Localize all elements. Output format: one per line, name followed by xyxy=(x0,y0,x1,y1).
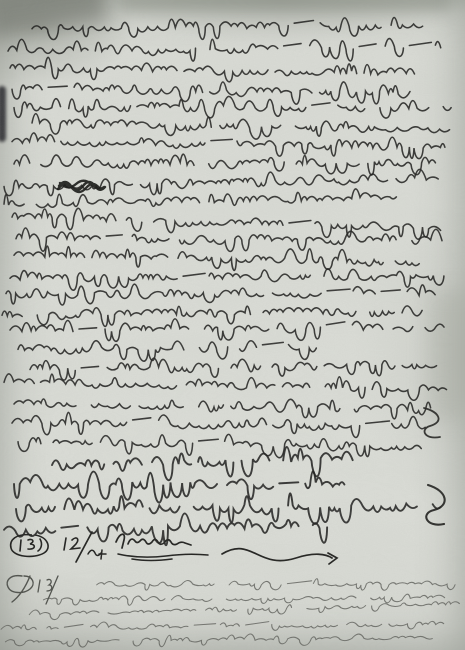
left-edge-ink-streak xyxy=(0,86,6,142)
manuscript-line xyxy=(2,496,335,558)
manuscript-page xyxy=(0,0,465,650)
